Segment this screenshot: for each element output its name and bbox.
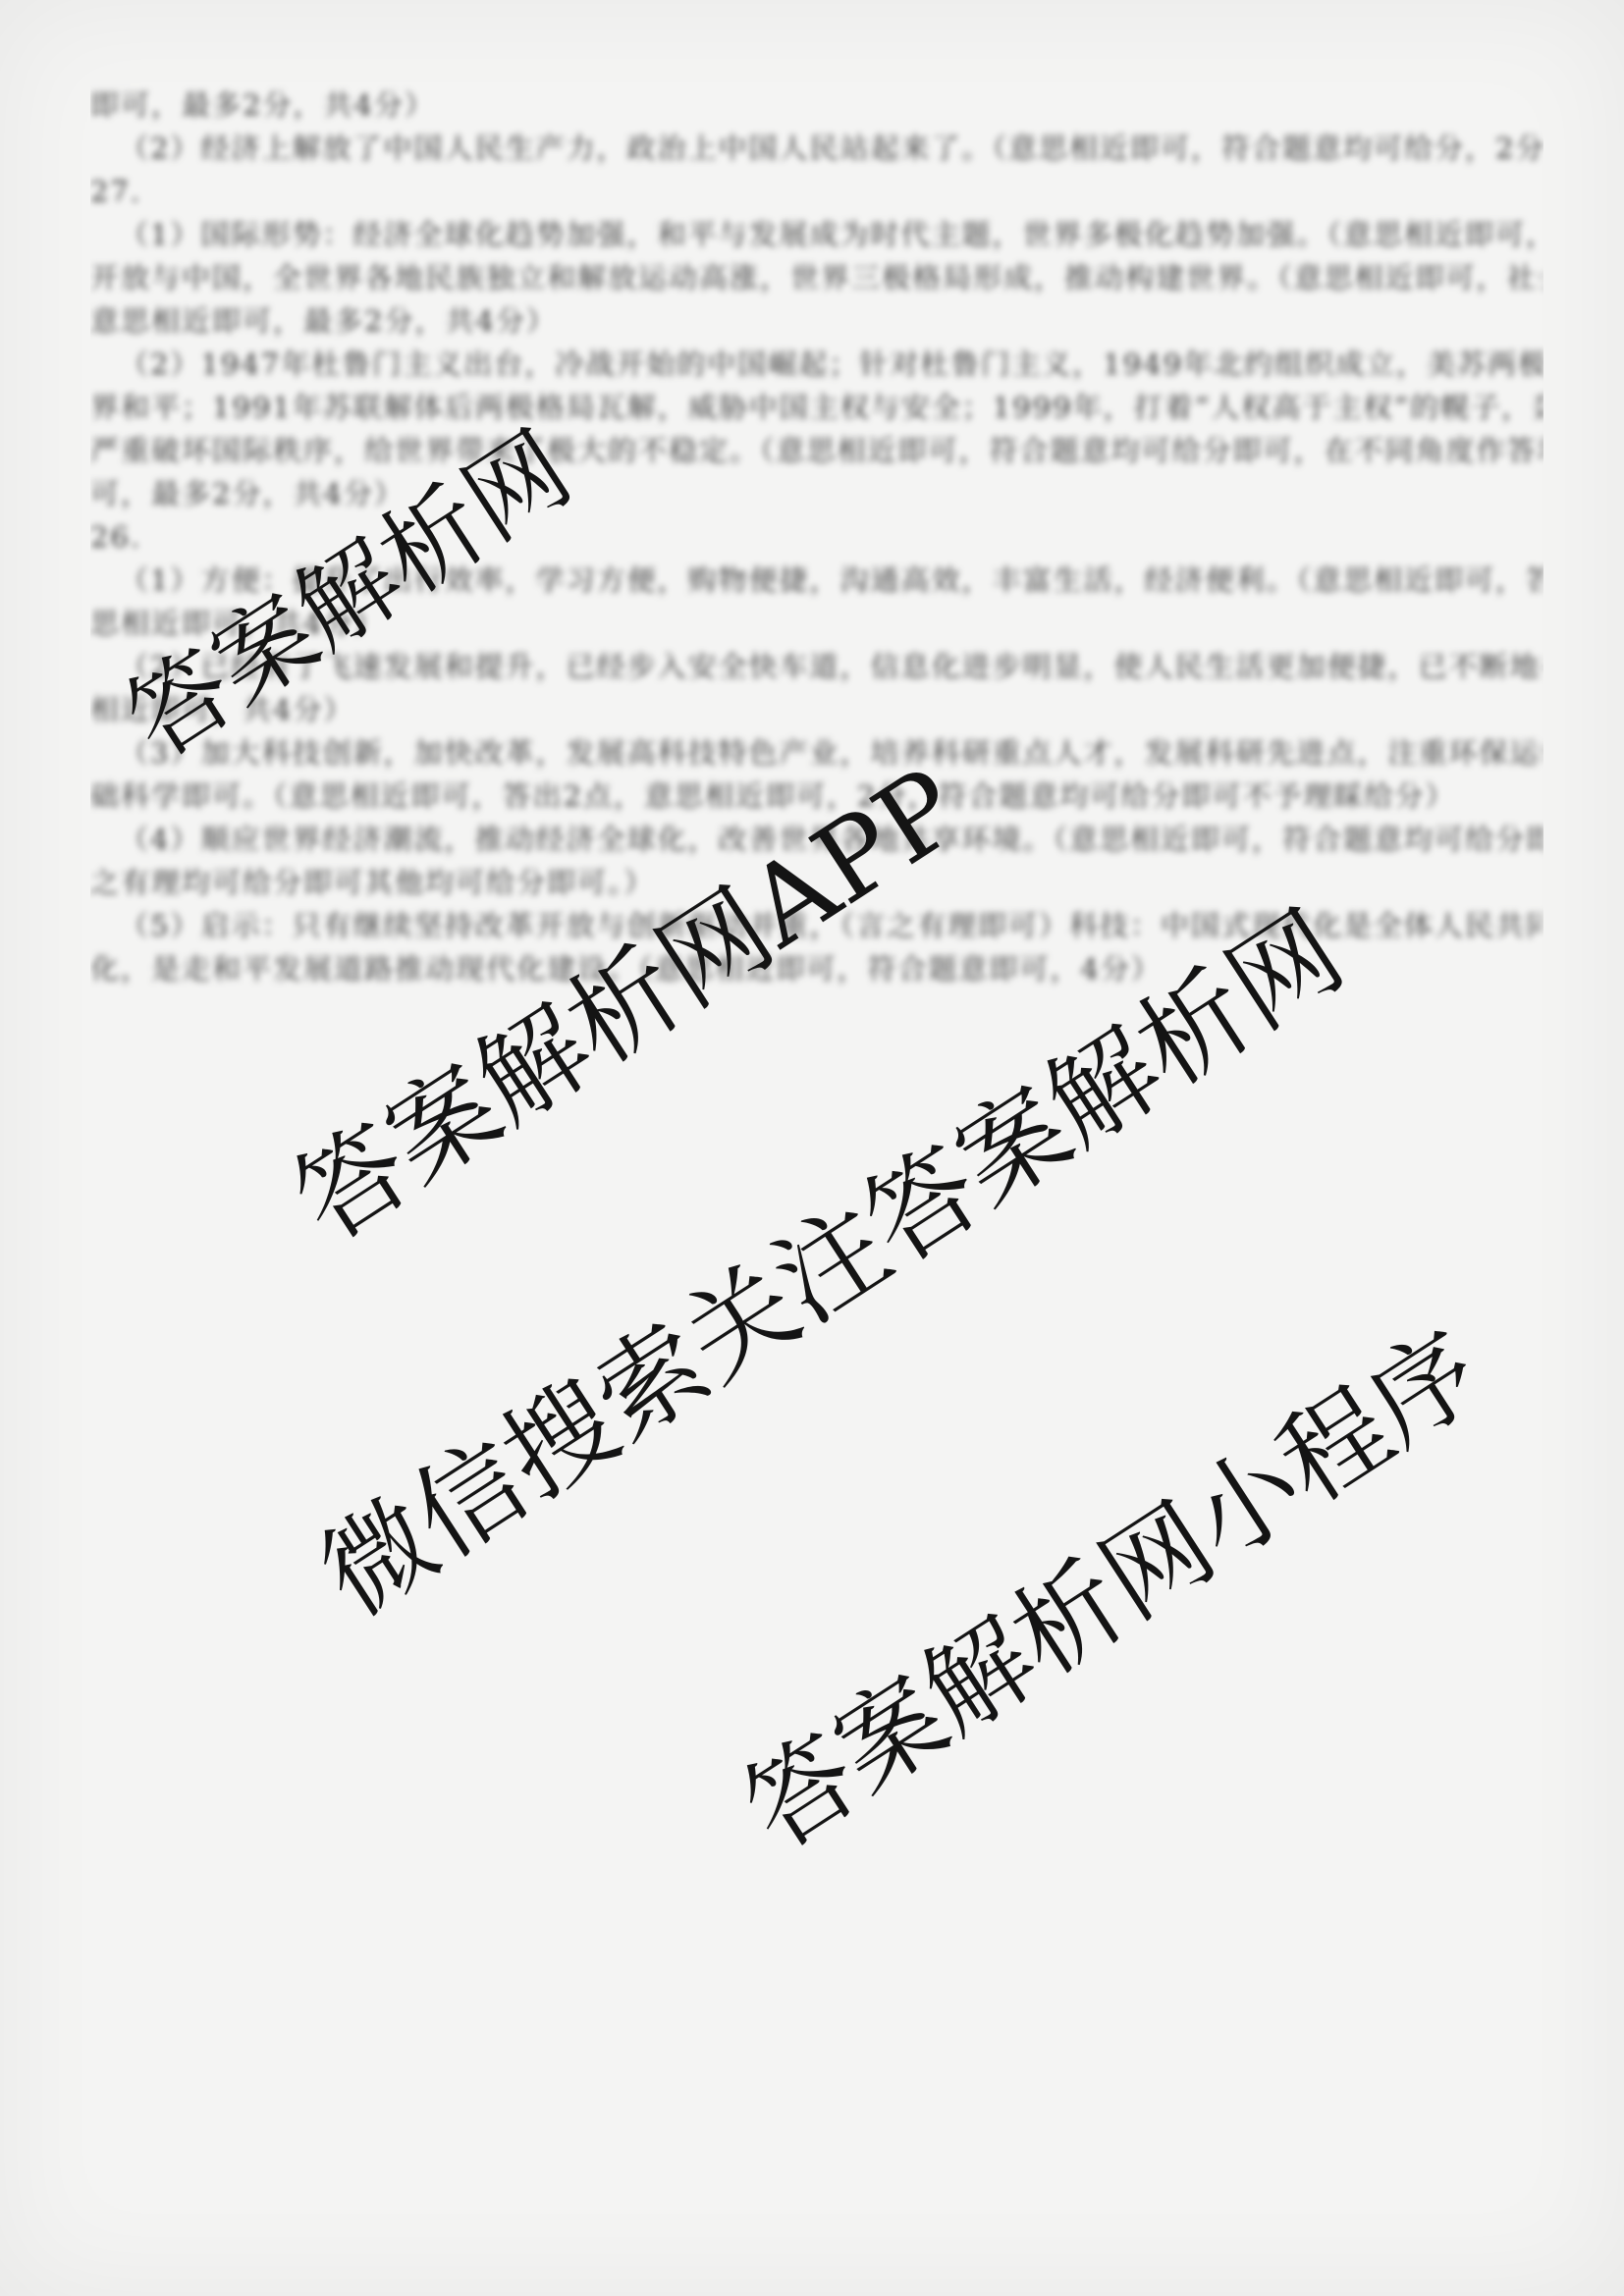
scanned-answer-page: 即可，最多2分，共4分）（2）经济上解放了中国人民生产力，政治上中国人民站起来了… [0,0,1624,2296]
text-line: 严重破坏国际秩序，给世界带来了极大的不稳定。（意思相近即可，符合题意均可给分即可… [90,429,1543,472]
text-line: 础科学即可。（意思相近即可，答出2点，意思相近即可，2分，符合题意均可给分即可不… [90,774,1543,818]
text-line: （1）国际形势：经济全球化趋势加强，和平与发展成为时代主题，世界多极化趋势加强。… [90,213,1543,256]
text-line: 可，最多2分，共4分） [90,472,1543,515]
text-line: 开放与中国，全世界各地民族独立和解放运动高涨，世界三极格局形成，推动构建世界。（… [90,256,1543,299]
text-line: （2）1947年杜鲁门主义出台，冷战开始的中国崛起；针对杜鲁门主义，1949年北… [90,343,1543,386]
text-line: 26. [90,515,1543,559]
text-line: 相近即可，共4分） [90,688,1543,731]
document-text: 即可，最多2分，共4分）（2）经济上解放了中国人民生产力，政治上中国人民站起来了… [90,83,1543,990]
text-line: 之有理均可给分即可其他均可给分即可。） [90,861,1543,904]
text-line: 27. [90,170,1543,213]
text-line: （3）加大科技创新，加快改革，发展高科技特色产业，培养科研重点人才，发展科研先进… [90,731,1543,774]
text-line: （5）启示：只有继续坚持改革开放与创新驱动并重，（言之有理即可）科技：中国式现代… [90,904,1543,947]
text-line: （1）方便：提升了出行效率，学习方便，购物便捷，沟通高效，丰富生活，经济便利。（… [90,559,1543,602]
text-line: （2）经济上解放了中国人民生产力，政治上中国人民站起来了。（意思相近即可，符合题… [90,127,1543,170]
text-line: （4）顺应世界经济潮流，推动经济全球化，改善世界各地共享环境。（意思相近即可，符… [90,818,1543,861]
text-line: 界和平；1991年苏联解体后两极格局瓦解，威胁中国主权与安全；1999年，打着“… [90,386,1543,429]
watermark-wechat-search: 微信搜索关注答案解析网 [304,895,1360,1632]
text-line: （2）已经有了飞速发展和提升，已经步入安全快车道，信息化进步明显，使人民生活更加… [90,645,1543,688]
text-line: 即可，最多2分，共4分） [90,83,1543,127]
text-line: 化，是走和平发展道路推动现代化建设。（意思相近即可，符合题意即可，4分） [90,947,1543,990]
watermark-mini-program: 答案解析网小程序 [730,1315,1498,1866]
text-line: 意思相近即可，最多2分，共4分） [90,299,1543,343]
text-line: 思相近即可，共4分） [90,602,1543,645]
